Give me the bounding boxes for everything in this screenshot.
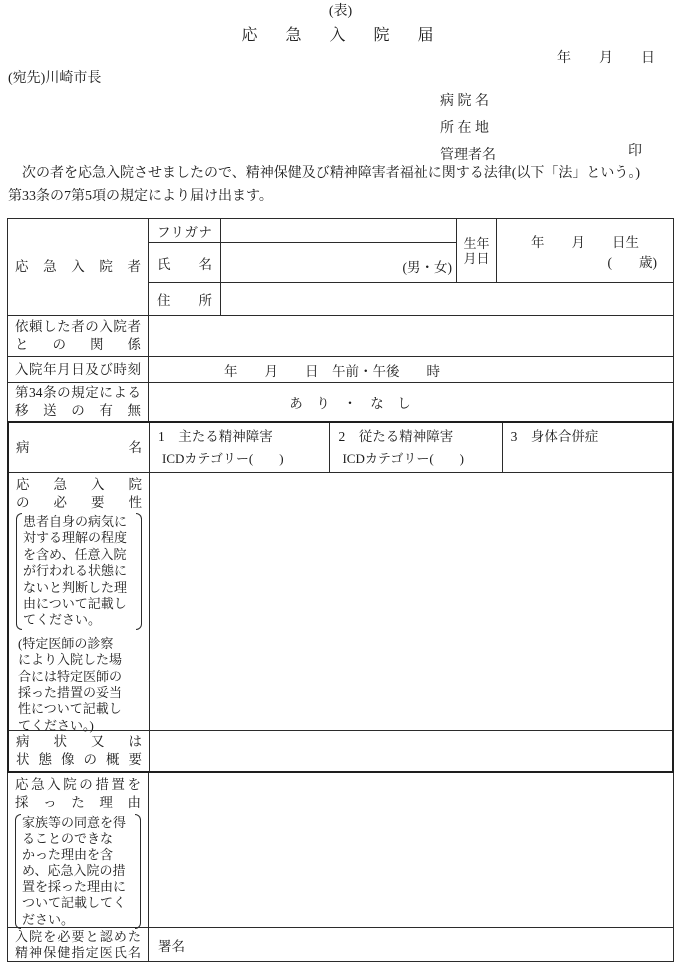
secondary-icd-input[interactable]: ICDカテゴリー( ) bbox=[338, 448, 497, 467]
patient-top: フリガナ 氏 名 (男・女) 生年 bbox=[149, 219, 673, 282]
condition-input[interactable] bbox=[150, 731, 672, 771]
furigana-label: フリガナ bbox=[149, 219, 221, 242]
form-page: (表) 応 急 入 院 届 年 月 日 (宛先)川崎市長 病 院 名 所 在 地… bbox=[0, 0, 681, 962]
birthdate-ymd[interactable]: 年 月 日生 bbox=[497, 231, 673, 251]
location-label: 所 在 地 bbox=[440, 117, 489, 137]
birthdate-age[interactable]: ( 歳) bbox=[497, 251, 673, 271]
location-input[interactable] bbox=[489, 113, 670, 140]
hospital-name-input[interactable] bbox=[489, 86, 670, 113]
necessity-note-2: (特定医師の診察 により入院した場 合には特定医師の 採った措置の妥当 性につい… bbox=[16, 636, 142, 734]
secondary-disorder-input[interactable]: 2 従たる精神障害 ICDカテゴリー( ) bbox=[330, 423, 502, 472]
physician-label: 入院を必要と認めた 精神保健指定医氏名 bbox=[8, 928, 149, 961]
reason-row: 応急入院の措置を 採 っ た 理 由 家族等の同意を得 ることのできな かった理… bbox=[8, 773, 673, 928]
hospital-name-label: 病 院 名 bbox=[440, 90, 489, 110]
form-table: 応 急 入 院 者 フリガナ 氏 名 bbox=[7, 218, 674, 962]
condition-label: 病 状 又 は 状 態 像 の 概 要 bbox=[9, 731, 150, 771]
disease-row: 病 名 1 主たる精神障害 ICDカテゴリー( ) 2 従たる精神障害 ICDカ… bbox=[9, 423, 672, 473]
gender-choice[interactable]: (男・女) bbox=[403, 256, 453, 276]
primary-disorder-title: 1 主たる精神障害 bbox=[158, 425, 325, 445]
name-input[interactable]: (男・女) bbox=[221, 243, 456, 282]
physician-signature-input[interactable]: 署名 bbox=[149, 928, 673, 961]
primary-icd-input[interactable]: ICDカテゴリー( ) bbox=[158, 448, 325, 467]
transfer-row: 第34条の規定による 移 送 の 有 無 あ り ・ な し bbox=[8, 383, 673, 421]
reason-note: 家族等の同意を得 ることのできな かった理由を含 め、応急入院の措 置を採った理… bbox=[15, 814, 141, 929]
birthdate-label: 生年 月日 bbox=[456, 219, 497, 282]
reason-input[interactable] bbox=[149, 773, 673, 927]
birthdate-input[interactable]: 年 月 日生 ( 歳) bbox=[497, 219, 673, 282]
address-row: 住 所 bbox=[149, 282, 673, 315]
primary-disorder-input[interactable]: 1 主たる精神障害 ICDカテゴリー( ) bbox=[150, 423, 330, 472]
transfer-choice[interactable]: あ り ・ な し bbox=[149, 383, 673, 421]
big-paren-right bbox=[136, 513, 142, 630]
hospital-name-row: 病 院 名 bbox=[440, 86, 670, 113]
relation-label: 依頼した者の入院者 と の 関 係 bbox=[8, 316, 149, 356]
furigana-row: フリガナ bbox=[149, 219, 456, 243]
transfer-label: 第34条の規定による 移 送 の 有 無 bbox=[8, 383, 149, 421]
admission-datetime-label: 入院年月日及び時刻 bbox=[8, 357, 149, 382]
big-paren-right bbox=[135, 814, 141, 929]
necessity-row: 応 急 入 院 の 必 要 性 患者自身の病気に 対する理解の程度 を含め、任意… bbox=[9, 473, 672, 731]
seal-mark: 印 bbox=[628, 140, 642, 160]
page-side-marker: (表) bbox=[0, 0, 681, 20]
signature-label: 署名 bbox=[158, 935, 185, 955]
admission-datetime-row: 入院年月日及び時刻 年 月 日 午前・午後 時 bbox=[8, 357, 673, 383]
patient-section: 応 急 入 院 者 フリガナ 氏 名 bbox=[8, 219, 673, 316]
disease-label: 病 名 bbox=[9, 423, 150, 472]
medical-section: 病 名 1 主たる精神障害 ICDカテゴリー( ) 2 従たる精神障害 ICDカ… bbox=[7, 421, 674, 773]
patient-fields: フリガナ 氏 名 (男・女) 生年 bbox=[149, 219, 673, 315]
physical-complication-input[interactable]: 3 身体合併症 bbox=[503, 423, 672, 472]
patient-name-block: フリガナ 氏 名 (男・女) bbox=[149, 219, 456, 282]
necessity-note-1: 患者自身の病気に 対する理解の程度 を含め、任意入院 が行われる状態に ないと判… bbox=[16, 513, 142, 630]
secondary-disorder-title: 2 従たる精神障害 bbox=[338, 425, 497, 445]
necessity-label: 応 急 入 院 の 必 要 性 患者自身の病気に 対する理解の程度 を含め、任意… bbox=[9, 473, 150, 730]
condition-row: 病 状 又 は 状 態 像 の 概 要 bbox=[9, 731, 672, 771]
hospital-location-row: 所 在 地 bbox=[440, 113, 670, 140]
date-field[interactable]: 年 月 日 bbox=[557, 47, 655, 67]
intro-line-1: 次の者を応急入院させましたので、精神保健及び精神障害者福祉に関する法律(以下「法… bbox=[8, 162, 674, 185]
addressee: (宛先)川崎市長 bbox=[8, 67, 101, 87]
form-title: 応 急 入 院 届 bbox=[0, 22, 681, 45]
physician-row: 入院を必要と認めた 精神保健指定医氏名 署名 bbox=[8, 928, 673, 961]
relation-row: 依頼した者の入院者 と の 関 係 bbox=[8, 316, 673, 357]
name-label: 氏 名 bbox=[149, 243, 221, 282]
address-label: 住 所 bbox=[149, 283, 221, 315]
manager-label: 管理者名 bbox=[440, 144, 496, 164]
furigana-input[interactable] bbox=[221, 219, 456, 242]
intro-line-2: 第33条の7第5項の規定により届け出ます。 bbox=[8, 185, 674, 208]
necessity-input[interactable] bbox=[150, 473, 672, 730]
patient-row-label: 応 急 入 院 者 bbox=[8, 219, 149, 315]
intro-paragraph: 次の者を応急入院させましたので、精神保健及び精神障害者福祉に関する法律(以下「法… bbox=[8, 162, 674, 208]
name-row: 氏 名 (男・女) bbox=[149, 243, 456, 282]
admission-datetime-input[interactable]: 年 月 日 午前・午後 時 bbox=[149, 357, 673, 382]
reason-label: 応急入院の措置を 採 っ た 理 由 家族等の同意を得 ることのできな かった理… bbox=[8, 773, 149, 927]
relation-input[interactable] bbox=[149, 316, 673, 356]
address-input[interactable] bbox=[221, 283, 673, 315]
physical-complication-title: 3 身体合併症 bbox=[511, 425, 668, 445]
